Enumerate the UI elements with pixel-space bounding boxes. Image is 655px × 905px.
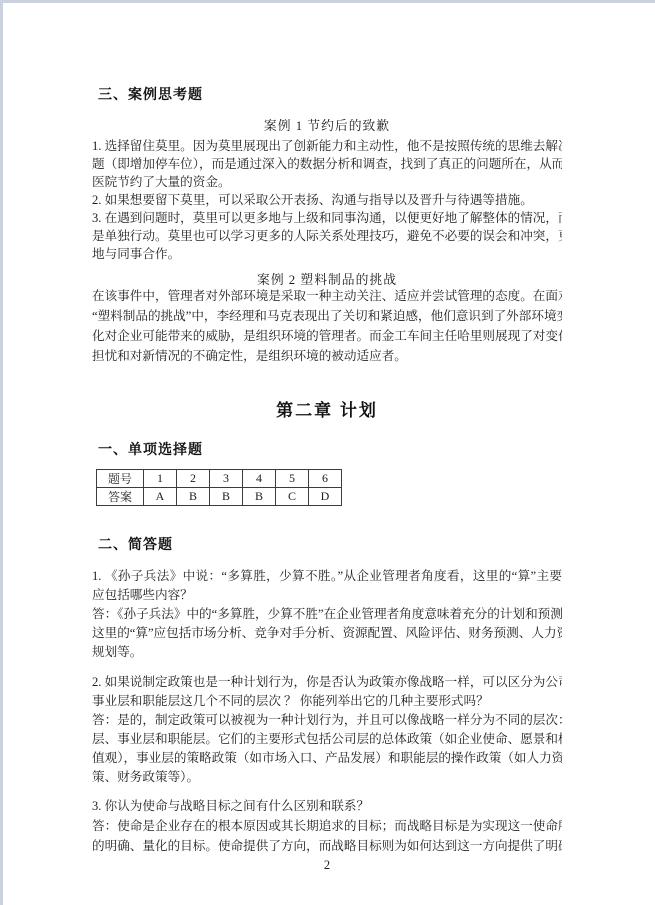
text-line: 应包括哪些内容？ — [92, 586, 562, 605]
text-line: 担忧和对新情况的不确定性，是组织环境的被动适应者。 — [92, 346, 562, 366]
table-cell: 3 — [210, 470, 243, 488]
viewport-edge-left — [0, 0, 3, 905]
text-line: 化对企业可能带来的威胁，是组织环境的管理者。而金工车间主任哈里则展现了对变化的 — [92, 326, 562, 346]
text-line: 题（即增加停车位），而是通过深入的数据分析和调查，找到了真正的问题所在，从而为 — [92, 155, 562, 173]
table-row-answers: 答案 A B B B C D — [97, 488, 342, 506]
text-line: 答：是的，制定政策可以被视为一种计划行为，并且可以像战略一样分为不同的层次：公司 — [92, 711, 562, 730]
text-line: 是单独行动。莫里也可以学习更多的人际关系处理技巧，避免不必要的误会和冲突，更好 — [92, 227, 562, 245]
page-number: 2 — [92, 858, 562, 873]
case2-answer-paragraph: 在该事件中，管理者对外部环境是采取一种主动关注、适应并尝试管理的态度。在面对 “… — [92, 286, 562, 366]
section-heading-single-choice: 一、单项选择题 — [98, 441, 203, 457]
table-row-question-numbers: 题号 1 2 3 4 5 6 — [97, 470, 342, 488]
question2-block: 2. 如果说制定政策也是一种计划行为，你是否认为政策亦像战略一样，可以区分为公司… — [92, 673, 562, 787]
table-cell: B — [177, 488, 210, 506]
text-line: 1. 《孙子兵法》中说：“多算胜，少算不胜。”从企业管理者角度看，这里的“算”主… — [92, 567, 562, 586]
text-line: 1. 选择留住莫里。因为莫里展现出了创新能力和主动性，他不是按照传统的思维去解决… — [92, 137, 562, 155]
table-cell: 5 — [276, 470, 309, 488]
text-line: 2. 如果想要留下莫里，可以采取公开表扬、沟通与指导以及晋升与待遇等措施。 — [92, 191, 562, 209]
text-line: 规划等。 — [92, 643, 562, 662]
chapter-title: 第二章 计划 — [92, 400, 562, 421]
text-line: “塑料制品的挑战”中，李经理和马克表现出了关切和紧迫感，他们意识到了外部环境变 — [92, 306, 562, 326]
text-line: 2. 如果说制定政策也是一种计划行为，你是否认为政策亦像战略一样，可以区分为公司… — [92, 673, 562, 692]
text-line: 层、事业层和职能层。它们的主要形式包括公司层的总体政策（如企业使命、愿景和核心价 — [92, 730, 562, 749]
text-line: 医院节约了大量的资金。 — [92, 173, 562, 191]
document-page: 三、案例思考题 案例 1 节约后的致歉 1. 选择留住莫里。因为莫里展现出了创新… — [0, 0, 655, 905]
question3-block: 3. 你认为使命与战略目标之间有什么区别和联系？ 答：使命是企业存在的根本原因或… — [92, 796, 562, 856]
table-cell: 6 — [309, 470, 342, 488]
section-heading-case-questions: 三、案例思考题 — [98, 86, 203, 102]
text-line: 答：《孙子兵法》中的“多算胜，少算不胜”在企业管理者角度意味着充分的计划和预测。 — [92, 605, 562, 624]
text-line: 3. 在遇到问题时，莫里可以更多地与上级和同事沟通，以便更好地了解整体的情况，而… — [92, 209, 562, 227]
text-line: 答：使命是企业存在的根本原因或其长期追求的目标；而战略目标是为实现这一使命所设定 — [92, 816, 562, 836]
table-cell: D — [309, 488, 342, 506]
table-cell: B — [243, 488, 276, 506]
table-cell: A — [144, 488, 177, 506]
table-cell: 答案 — [97, 488, 144, 506]
text-line: 3. 你认为使命与战略目标之间有什么区别和联系？ — [92, 796, 562, 816]
section-heading-short-answer: 二、简答题 — [98, 536, 173, 552]
table-cell: 1 — [144, 470, 177, 488]
text-line: 地与同事合作。 — [92, 245, 562, 263]
table-cell: C — [276, 488, 309, 506]
text-line: 值观），事业层的策略政策（如市场入口、产品发展）和职能层的操作政策（如人力资源政 — [92, 749, 562, 768]
question1-block: 1. 《孙子兵法》中说：“多算胜，少算不胜。”从企业管理者角度看，这里的“算”主… — [92, 567, 562, 662]
text-line: 策、财务政策等）。 — [92, 768, 562, 787]
case1-title: 案例 1 节约后的致歉 — [92, 119, 562, 134]
table-cell: 题号 — [97, 470, 144, 488]
table-cell: B — [210, 488, 243, 506]
case1-answer-paragraph: 1. 选择留住莫里。因为莫里展现出了创新能力和主动性，他不是按照传统的思维去解决… — [92, 137, 562, 263]
document-viewer: 三、案例思考题 案例 1 节约后的致歉 1. 选择留住莫里。因为莫里展现出了创新… — [0, 0, 655, 905]
table-cell: 2 — [177, 470, 210, 488]
text-line: 事业层和职能层这几个不同的层次 ？ 你能列举出它的几种主要形式吗？ — [92, 692, 562, 711]
text-line: 这里的“算”应包括市场分析、竞争对手分析、资源配置、风险评估、财务预测、人力资源 — [92, 624, 562, 643]
text-line: 的明确、量化的目标。使命提供了方向，而战略目标则为如何达到这一方向提供了明确的路 — [92, 836, 562, 856]
text-line: 在该事件中，管理者对外部环境是采取一种主动关注、适应并尝试管理的态度。在面对 — [92, 286, 562, 306]
table-cell: 4 — [243, 470, 276, 488]
viewport-edge-top — [0, 0, 655, 3]
answer-table: 题号 1 2 3 4 5 6 答案 A B B B C D — [96, 469, 342, 506]
